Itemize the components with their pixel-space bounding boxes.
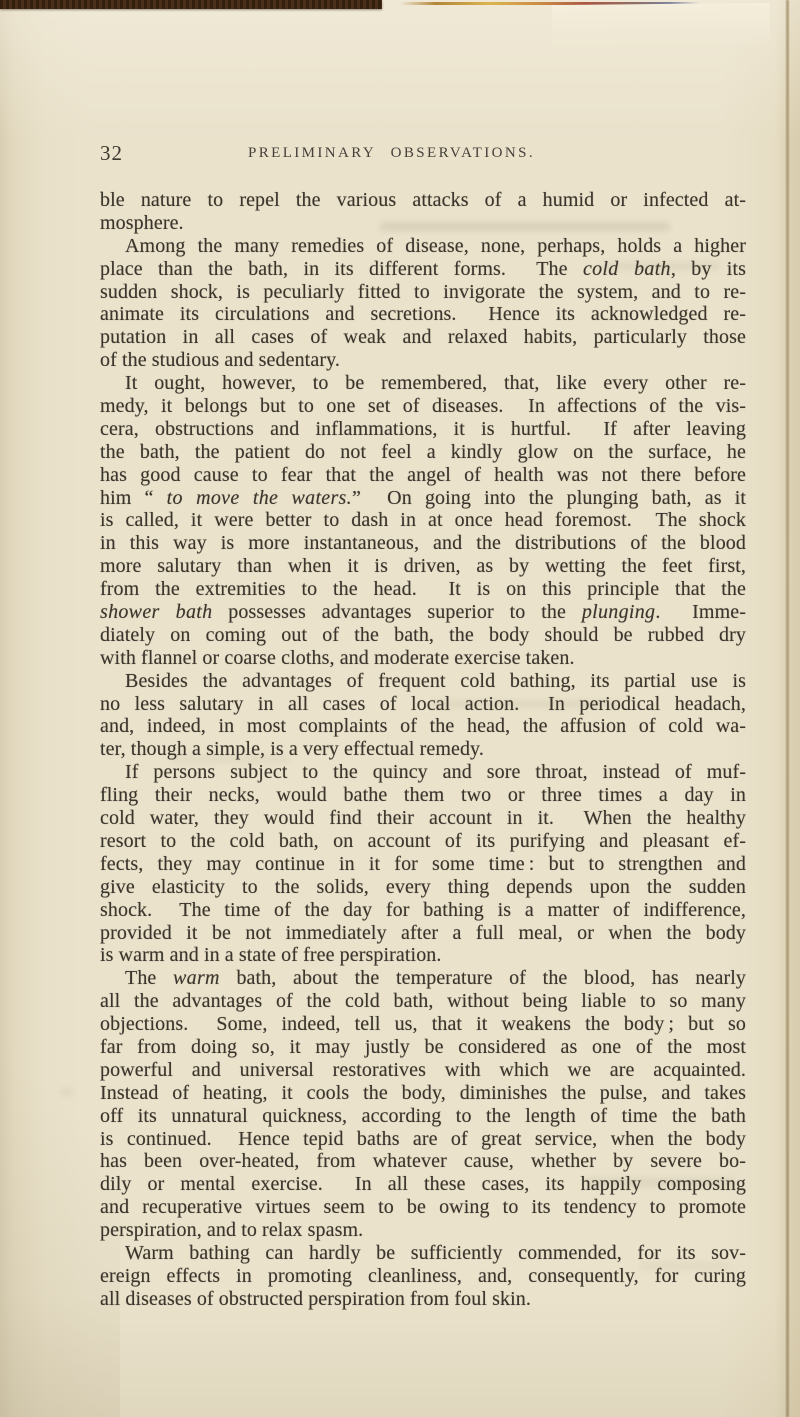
text-line: ble nature to repel the various attacks …: [100, 189, 746, 212]
text-line: cold water, they would find their accoun…: [100, 807, 746, 830]
text-line: has good cause to fear that the angel of…: [100, 464, 746, 487]
text-line: no less salutary in all cases of local a…: [100, 693, 746, 716]
text-line: place than the bath, in its different fo…: [100, 258, 746, 281]
text-line: Instead of heating, it cools the body, d…: [100, 1082, 746, 1105]
page-edge-color-line: [400, 2, 700, 5]
text-line: far from doing so, it may justly be cons…: [100, 1036, 746, 1059]
text-line: putation in all cases of weak and relaxe…: [100, 326, 746, 349]
text-line: diately on coming out of the bath, the b…: [100, 624, 746, 647]
text-line: has been over-heated, from whatever caus…: [100, 1150, 746, 1173]
page-right-edge: [786, 0, 789, 1417]
text-line: Among the many remedies of disease, none…: [100, 235, 746, 258]
text-line: shock. The time of the day for bathing i…: [100, 899, 746, 922]
text-line: the bath, the patient do not feel a kind…: [100, 441, 746, 464]
book-page-scan: 32 PRELIMINARY OBSERVATIONS. ble nature …: [0, 0, 800, 1417]
text-line: is continued. Hence tepid baths are of g…: [100, 1128, 746, 1151]
text-line: medy, it belongs but to one set of disea…: [100, 395, 746, 418]
text-line: Warm bathing can hardly be sufficiently …: [100, 1242, 746, 1265]
text-line: dily or mental exercise. In all these ca…: [100, 1173, 746, 1196]
text-line: give elasticity to the solids, every thi…: [100, 876, 746, 899]
text-line: is warm and in a state of free perspirat…: [100, 944, 746, 967]
paper-shading-top: [0, 0, 800, 140]
text-line: all diseases of obstructed perspiration …: [100, 1288, 746, 1311]
text-line: in this way is more instantaneous, and t…: [100, 532, 746, 555]
text-line: and, indeed, in most complaints of the h…: [100, 715, 746, 738]
text-line: If persons subject to the quincy and sor…: [100, 761, 746, 784]
text-line: of the studious and sedentary.: [100, 349, 746, 372]
text-line: more salutary than when it is driven, as…: [100, 555, 746, 578]
text-line: resort to the cold bath, on account of i…: [100, 830, 746, 853]
text-line: off its unnatural quickness, according t…: [100, 1105, 746, 1128]
text-line: him “ to move the waters.” On going into…: [100, 487, 746, 510]
text-line: fects, they may continue in it for some …: [100, 853, 746, 876]
text-line: provided it be not immediately after a f…: [100, 922, 746, 945]
text-line: animate its circulations and secretions.…: [100, 303, 746, 326]
text-line: with flannel or coarse cloths, and moder…: [100, 647, 746, 670]
paper-shading-bottom: [0, 1297, 800, 1417]
running-head: 32 PRELIMINARY OBSERVATIONS.: [0, 141, 800, 167]
page-number: 32: [100, 141, 123, 166]
text-line: objections. Some, indeed, tell us, that …: [100, 1013, 746, 1036]
text-line: perspiration, and to relax spasm.: [100, 1219, 746, 1242]
text-line: ereign effects in promoting cleanliness,…: [100, 1265, 746, 1288]
text-line: The warm bath, about the temperature of …: [100, 967, 746, 990]
page-corner-highlight: [552, 3, 770, 51]
text-line: sudden shock, is peculiarly fitted to in…: [100, 281, 746, 304]
text-line: all the advantages of the cold bath, wit…: [100, 990, 746, 1013]
text-line: is called, it were better to dash in at …: [100, 509, 746, 532]
book-binding-edge: [0, 0, 382, 9]
text-line: fling their necks, would bathe them two …: [100, 784, 746, 807]
text-line: from the extremities to the head. It is …: [100, 578, 746, 601]
text-line: powerful and universal restoratives with…: [100, 1059, 746, 1082]
text-line: cera, obstructions and inflammations, it…: [100, 418, 746, 441]
body-text: ble nature to repel the various attacks …: [100, 189, 746, 1311]
text-line: Besides the advantages of frequent cold …: [100, 670, 746, 693]
text-line: shower bath possesses advantages superio…: [100, 601, 746, 624]
running-header-title: PRELIMINARY OBSERVATIONS.: [248, 145, 535, 162]
text-line: It ought, however, to be remembered, tha…: [100, 372, 746, 395]
show-through-smudge: [60, 1088, 74, 1096]
text-line: ter, though a simple, is a very effectua…: [100, 738, 746, 761]
text-line: mosphere.: [100, 212, 746, 235]
text-line: and recuperative virtues seem to be owin…: [100, 1196, 746, 1219]
